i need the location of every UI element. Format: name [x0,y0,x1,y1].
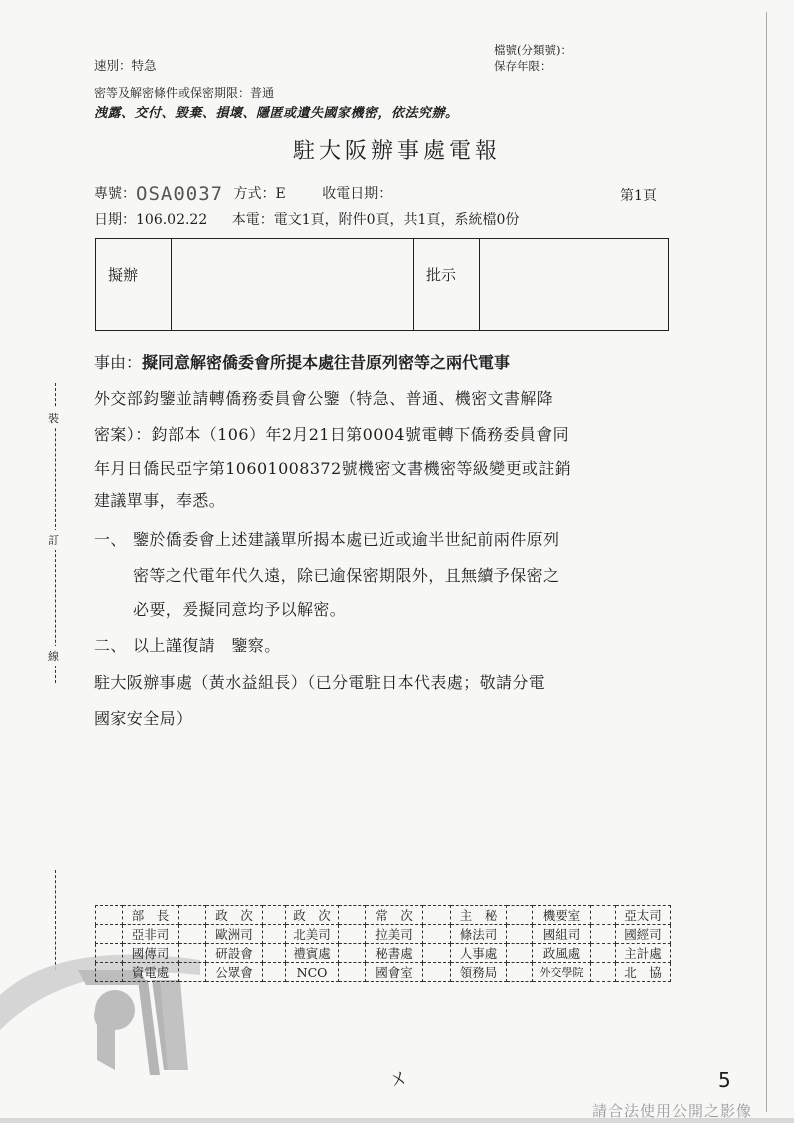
table-row: 部 長 政 次 政 次 常 次 主 秘 機要室 亞太司 [96,906,671,925]
table-cell: 國經司 [616,925,671,944]
check-cell [339,906,366,925]
table-row: 資電處 公眾會 NCO 國會室 領務局 外交學院 北 協 [96,963,671,982]
retention-label: 保存年限： [494,58,572,74]
serial-label: 專號： [94,186,136,202]
table-cell: 機要室 [533,906,591,925]
table-cell: 主 秘 [451,906,507,925]
check-cell [423,944,451,963]
check-cell [507,963,533,982]
telegram-date: 日期：106.02.22 [94,212,207,228]
check-cell [339,925,366,944]
instruction-label: 批示 [414,239,480,330]
urgency-level: 速別：特急 [94,56,157,74]
item-1-line: 密等之代電年代久遠，除已逾保密期限外，且無續予保密之 [133,563,559,586]
check-cell [179,906,206,925]
serial-number: OSA0037 [136,183,223,205]
check-cell [179,944,206,963]
check-cell [507,925,533,944]
table-cell: 國會室 [366,963,423,982]
check-cell [507,944,533,963]
body-line: 年月日僑民亞字第10601008372號機密文書機密等級變更或註銷 [94,456,571,479]
check-cell [263,963,286,982]
confidentiality-warning: 洩露、交付、毀棄、損壞、隱匿或遺失國家機密，依法究辦。 [94,102,459,121]
table-cell: 人事處 [451,944,507,963]
check-cell [591,944,616,963]
check-cell [339,944,366,963]
check-cell [263,944,286,963]
table-cell: 政 次 [206,906,263,925]
table-cell: 歐洲司 [206,925,263,944]
check-cell [263,925,286,944]
table-cell: 國傳司 [123,944,179,963]
table-cell: 政 次 [286,906,339,925]
item-1-marker: 一、 [94,527,127,550]
page-summary: 本電：電文1頁，附件0頁，共1頁，系統檔0份 [232,212,520,228]
table-cell: 北美司 [286,925,339,944]
item-1-line: 必要，爰擬同意均予以解密。 [133,597,346,620]
table-row: 亞非司 歐洲司 北美司 拉美司 條法司 國組司 國經司 [96,925,671,944]
table-cell: 國組司 [533,925,591,944]
scan-edge-line [766,12,767,1112]
distribution-table: 部 長 政 次 政 次 常 次 主 秘 機要室 亞太司 亞非司 歐洲司 北美司 … [95,905,671,982]
file-metadata: 檔號(分類號)： 保存年限： [494,42,572,74]
table-cell: 公眾會 [206,963,263,982]
check-cell [591,963,616,982]
binding-line-lower [55,870,56,970]
handwritten-mark: ㄨ [385,1060,412,1093]
body-line: 建議單事，奉悉。 [94,488,225,511]
table-cell: 拉美司 [366,925,423,944]
table-cell: 禮賓處 [286,944,339,963]
body-line: 外交部鈞鑒並請轉僑務委員會公鑒（特急、普通、機密文書解降 [94,386,553,409]
check-cell [423,925,451,944]
table-cell: 主計處 [616,944,671,963]
sender-signature: 駐大阪辦事處（黃水益組長）（已分電駐日本代表處；敬請分電 [94,670,545,693]
scan-bottom-edge [0,1118,794,1123]
table-cell: 外交學院 [533,963,591,982]
page-number: 第1頁 [620,185,657,205]
telegram-meta-line-1: 專號：OSA0037 方式：E 收電日期： [94,183,392,205]
table-cell: 條法司 [451,925,507,944]
check-cell [591,906,616,925]
item-2-marker: 二、 [94,633,127,656]
check-cell [96,963,123,982]
table-cell: 亞太司 [616,906,671,925]
body-line: 密案）：鈞部本（106）年2月21日第0004號電轉下僑務委員會同 [94,422,569,445]
received-date-label: 收電日期： [322,186,392,202]
telegram-meta-line-2: 日期：106.02.22 本電：電文1頁，附件0頁，共1頁，系統檔0份 [94,209,519,229]
subject-text: 擬同意解密僑委會所提本處往昔原列密等之兩代電事 [142,353,510,372]
table-cell: 秘書處 [366,944,423,963]
approval-box: 擬辦 批示 [95,238,669,331]
table-cell: 北 協 [616,963,671,982]
document-title: 駐大阪辦事處電報 [0,134,794,165]
table-cell: 資電處 [123,963,179,982]
item-1-line: 鑒於僑委會上述建議單所揭本處已近或逾半世紀前兩件原列 [133,527,559,550]
binding-mark-ding: 訂 [48,530,59,550]
classification-level: 密等及解密條件或保密期限：普通 [94,84,274,101]
check-cell [423,906,451,925]
check-cell [96,944,123,963]
subject-line: 事由：擬同意解密僑委會所提本處往昔原列密等之兩代電事 [94,350,510,373]
instruction-field [480,239,668,330]
table-row: 國傳司 研設會 禮賓處 秘書處 人事處 政風處 主計處 [96,944,671,963]
table-cell: 部 長 [123,906,179,925]
check-cell [179,925,206,944]
check-cell [507,906,533,925]
draft-field [172,239,414,330]
sender-signature: 國家安全局） [94,706,192,729]
table-cell: 亞非司 [123,925,179,944]
check-cell [179,963,206,982]
check-cell [423,963,451,982]
handwritten-page-number: 5 [718,1068,731,1092]
subject-label: 事由： [94,353,142,372]
check-cell [339,963,366,982]
table-cell: 領務局 [451,963,507,982]
check-cell [96,925,123,944]
binding-mark-zhuang: 裝 [48,408,59,428]
item-2-line: 以上謹復請 鑒察。 [133,633,281,656]
table-cell: 研設會 [206,944,263,963]
table-cell: NCO [286,963,339,982]
table-cell: 常 次 [366,906,423,925]
table-cell: 政風處 [533,944,591,963]
file-number-label: 檔號(分類號)： [494,42,572,58]
check-cell [263,906,286,925]
draft-label: 擬辦 [96,239,172,330]
check-cell [96,906,123,925]
binding-mark-xian: 線 [48,646,59,666]
check-cell [591,925,616,944]
transmission-method: 方式：E [234,186,286,202]
